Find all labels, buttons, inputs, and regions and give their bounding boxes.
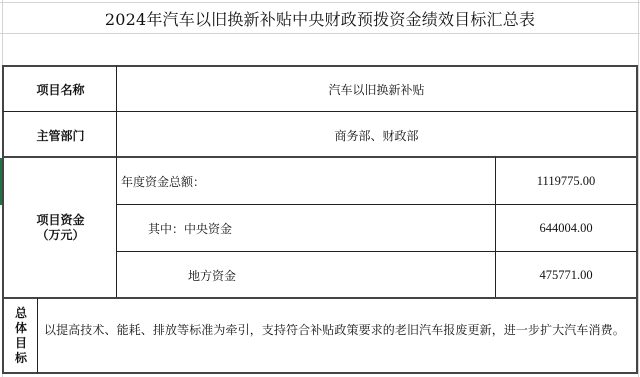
funds-total-value-cell[interactable]: 1119775.00 [495, 156, 638, 205]
sheet-title[interactable]: 2024年汽车以旧换新补贴中央财政预拨资金绩效目标汇总表 [2, 3, 638, 33]
funds-local-label: 地方资金 [188, 267, 236, 284]
department-value: 商务部、财政部 [334, 127, 418, 144]
funds-central-label: 其中：中央资金 [148, 220, 232, 237]
funds-central-value: 644004.00 [539, 221, 592, 236]
overall-goal-label-char: 标 [15, 351, 27, 366]
funds-label-line2: （万元） [36, 228, 84, 243]
funds-central-label-cell[interactable]: 其中：中央资金 [116, 204, 496, 252]
funds-local-value-cell[interactable]: 475771.00 [495, 251, 638, 298]
overall-goal-label-char: 目 [15, 336, 27, 351]
funds-local-value: 475771.00 [539, 268, 592, 283]
project-name-value: 汽车以旧换新补贴 [328, 81, 424, 98]
gridline [0, 33, 640, 34]
funds-total-label: 年度资金总额： [121, 173, 205, 190]
funds-total-label-cell[interactable]: 年度资金总额： [116, 156, 496, 205]
overall-goal-text: 以提高技术、能耗、排放等标准为牵引，支持符合补贴政策要求的老旧汽车报废更新，进一… [44, 322, 625, 339]
overall-goal-label-char: 总 [15, 306, 27, 321]
department-label-cell[interactable]: 主管部门 [2, 111, 117, 158]
department-value-cell[interactable]: 商务部、财政部 [116, 111, 638, 158]
project-name-label: 项目名称 [36, 81, 84, 98]
department-label: 主管部门 [36, 127, 84, 144]
project-name-value-cell[interactable]: 汽车以旧换新补贴 [116, 65, 638, 112]
funds-label-line1: 项目资金 [36, 213, 84, 228]
funds-total-value: 1119775.00 [537, 174, 595, 189]
overall-goal-text-cell[interactable]: 以提高技术、能耗、排放等标准为牵引，支持符合补贴政策要求的老旧汽车报废更新，进一… [37, 297, 638, 374]
funds-local-label-cell[interactable]: 地方资金 [116, 251, 496, 298]
funds-label-cell[interactable]: 项目资金 （万元） [2, 156, 117, 298]
project-name-label-cell[interactable]: 项目名称 [2, 65, 117, 112]
gridline [638, 0, 639, 377]
overall-goal-label-char: 体 [15, 321, 27, 336]
overall-goal-label-cell[interactable]: 总 体 目 标 [2, 297, 38, 374]
funds-central-value-cell[interactable]: 644004.00 [495, 204, 638, 252]
